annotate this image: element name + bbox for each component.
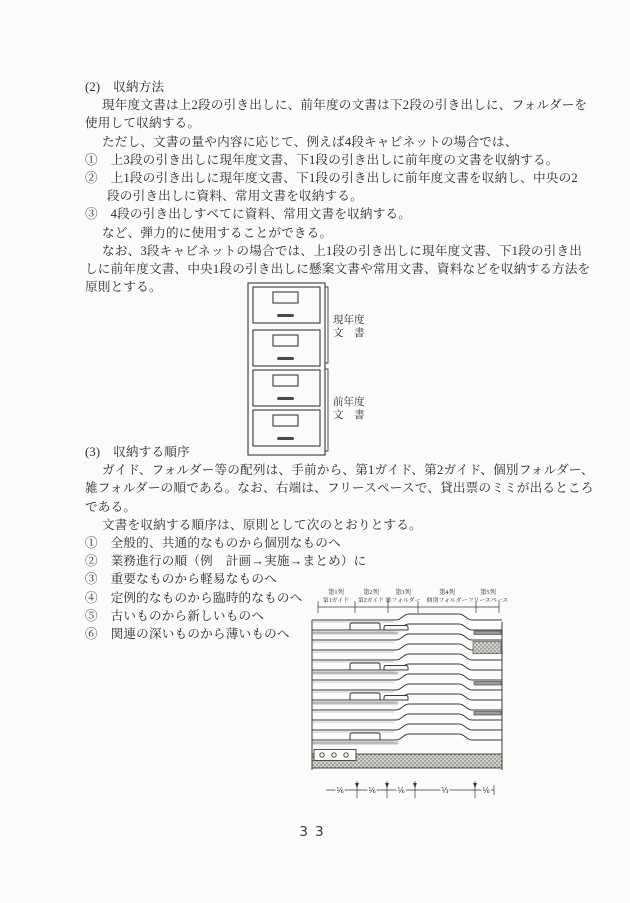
- section-2-heading: (2) 収納方法: [85, 78, 565, 96]
- order-item-1: ① 全般的、共通的なものから個別なものへ: [85, 534, 565, 552]
- list-item-1: ① 上3段の引き出しに現年度文書、下1段の引き出しに前年度の文書を収納する。: [85, 151, 565, 169]
- fraction-label-2: ⅙: [368, 786, 376, 795]
- text-line: である。: [85, 498, 565, 516]
- column-1-row-label: 第1列: [328, 587, 344, 596]
- drawer-2: [253, 330, 320, 366]
- column-3-row-label: 第3列: [395, 587, 411, 596]
- page-number: 33: [0, 824, 630, 840]
- drawer-4: [253, 410, 320, 446]
- drawer-label-card: [273, 375, 298, 386]
- guide-front-shading: [312, 632, 398, 745]
- folder-arrangement-diagram: 第1列 第1ガイド 第2列 第2ガイド 第3列 雑フォルダー 第4列 個別フォル…: [296, 584, 580, 814]
- fraction-label-1: ⅙: [336, 786, 344, 795]
- first-guide-tab: [350, 623, 380, 630]
- column-2-name-label: 第2ガイド: [358, 596, 384, 604]
- text-line: なお、3段キャビネットの場合では、上1段の引き出しに現年度文書、下1段の引き出: [85, 242, 565, 260]
- column-4-name-label: 個別フォルダー: [427, 596, 468, 604]
- cabinet-diagram: 現年度 文 書 前年度 文 書: [235, 278, 385, 463]
- cabinet-top-label-line2: 文 書: [333, 327, 365, 339]
- first-guide-tab: [350, 693, 380, 700]
- drawer-label-card: [273, 335, 298, 346]
- guide-tabs: [350, 623, 408, 740]
- drawer-label-card: [273, 292, 298, 303]
- drawer-label-card: [273, 415, 298, 426]
- drawer-1: [253, 287, 320, 323]
- free-space-shading: [473, 631, 501, 715]
- second-guide-tab: [384, 666, 408, 671]
- text-line: 文書を収納する順序は、原則として次のとおりとする。: [85, 516, 565, 534]
- text-line: など、弾力的に使用することができる。: [85, 224, 565, 242]
- text-line: ガイド、フォルダー等の配列は、手前から、第1ガイド、第2ガイド、個別フォルダー、: [85, 461, 565, 479]
- column-5-row-label: 第5列: [480, 587, 496, 596]
- cabinet-bottom-label-line2: 文 書: [333, 409, 365, 421]
- cabinet-top-label-line1: 現年度: [333, 313, 365, 326]
- list-item-3: ③ 4段の引き出しすべてに資料、常用文書を収納する。: [85, 205, 565, 223]
- first-guide-tab: [350, 733, 380, 740]
- drawer-base: [312, 750, 502, 769]
- section-2-storage-method: (2) 収納方法 現年度文書は上2段の引き出しに、前年度の文書は下2段の引き出し…: [85, 78, 565, 296]
- list-item-2: ② 上1段の引き出しに現年度文書、下1段の引き出しに前年度文書を収納し、中央の2: [85, 169, 565, 187]
- fraction-label-3: ⅙: [397, 786, 405, 795]
- column-4-row-label: 第4列: [439, 587, 455, 596]
- second-guide-tab: [384, 626, 408, 631]
- folder-stack: [312, 614, 502, 770]
- column-2-row-label: 第2列: [363, 587, 379, 596]
- cabinet-bottom-label-line1: 前年度: [333, 395, 365, 408]
- drawer-handle: [277, 437, 294, 440]
- first-guide-tab: [350, 663, 380, 670]
- drawer-handle: [277, 314, 294, 317]
- column-5-name-label: フリースペース: [468, 597, 509, 604]
- text-line: 使用して収納する。: [85, 114, 565, 132]
- bottom-dimension-line: [326, 781, 494, 798]
- section-3-heading: (3) 収納する順序: [85, 443, 565, 461]
- text-line: 雑フォルダーの順である。なお、右端は、フリースペースで、貸出票のミミが出るところ: [85, 479, 565, 497]
- second-guide-tab: [384, 696, 408, 701]
- fraction-label-4: ⅓: [441, 786, 448, 795]
- document-page: (2) 収納方法 現年度文書は上2段の引き出しに、前年度の文書は下2段の引き出し…: [0, 0, 630, 903]
- order-item-2: ② 業務進行の順（例 計画→実施→まとめ）に: [85, 552, 565, 570]
- text-line: 現年度文書は上2段の引き出しに、前年度の文書は下2段の引き出しに、フォルダーを: [85, 96, 565, 114]
- text-line: しに前年度文書、中央1段の引き出しに懸案文書や常用文書、資料などを収納する方法を: [85, 260, 565, 278]
- column-1-name-label: 第1ガイド: [323, 596, 349, 604]
- cabinet-outline: [248, 283, 325, 455]
- column-3-name-label: 雑フォルダー: [386, 596, 421, 604]
- drawer-3: [253, 370, 320, 406]
- list-item-2-continuation: 段の引き出しに資料、常用文書を収納する。: [85, 187, 565, 205]
- drawer-handle: [277, 397, 294, 400]
- fraction-label-5: ⅙: [482, 786, 490, 795]
- drawer-handle: [277, 357, 294, 360]
- text-line: ただし、文書の量や内容に応じて、例えば4段キャビネットの場合では、: [85, 133, 565, 151]
- follower-block: [314, 750, 356, 761]
